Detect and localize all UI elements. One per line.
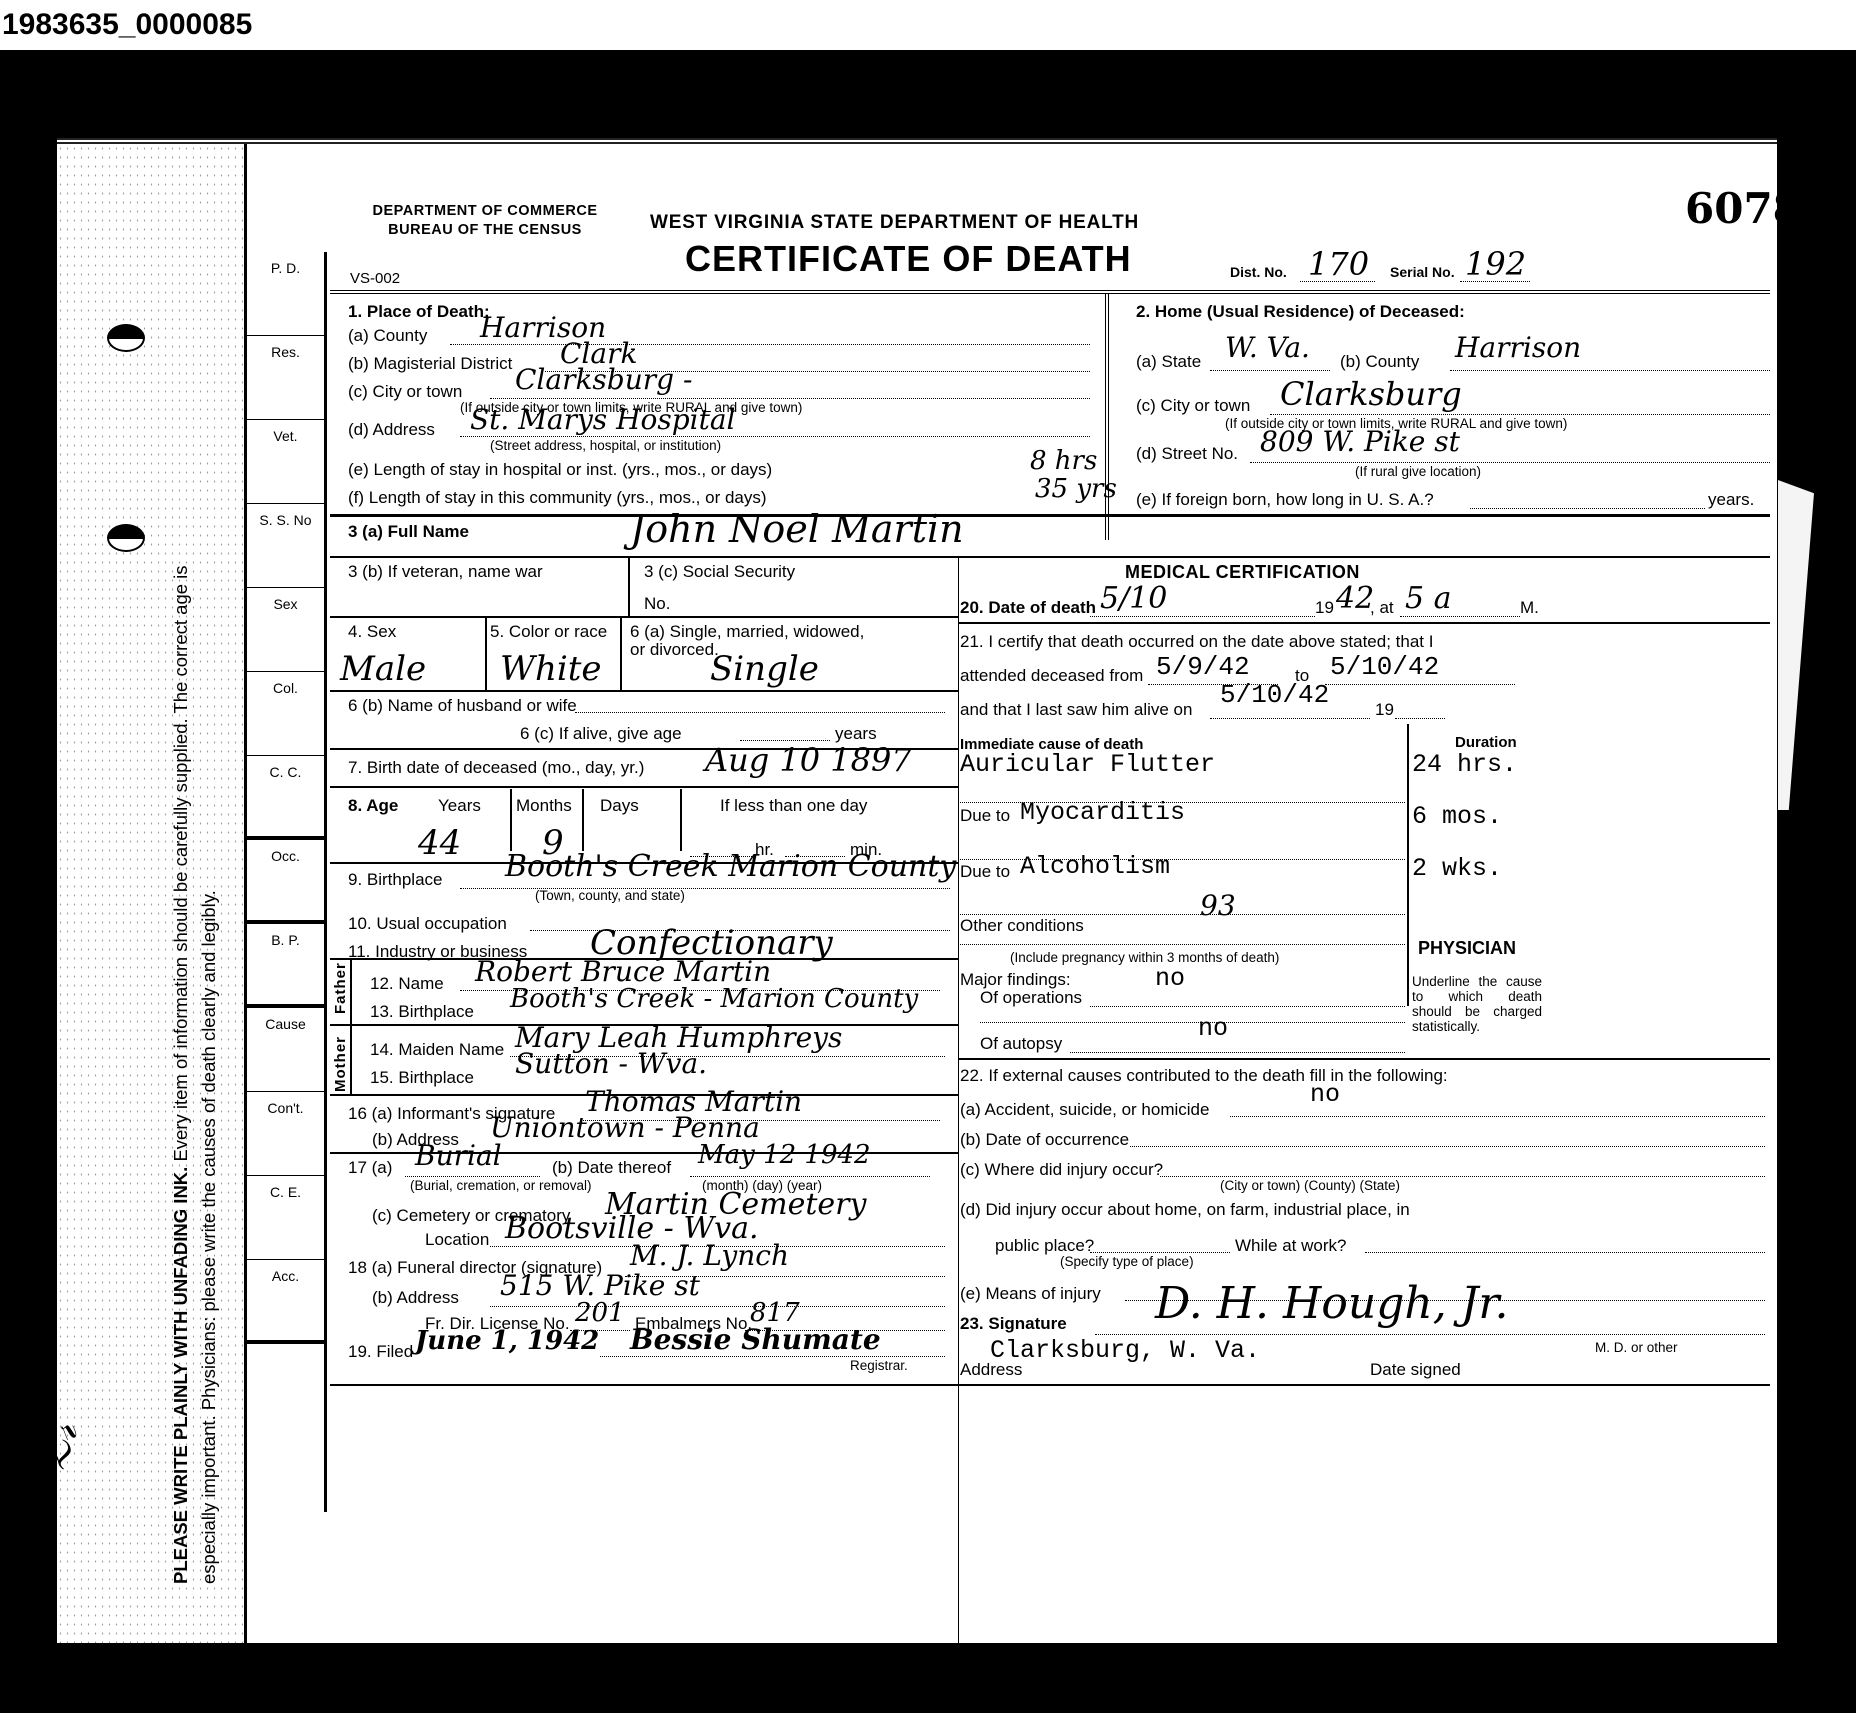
at-label: , at	[1370, 598, 1394, 618]
cause-2-duration: 6 mos.	[1412, 804, 1502, 829]
birthplace-value: Booth's Creek Marion County	[505, 852, 956, 882]
filed-label: 19. Filed	[348, 1342, 413, 1362]
dist-number: 170	[1308, 248, 1369, 280]
public-place-label: public place?	[995, 1236, 1094, 1256]
left-stub: PLEASE WRITE PLAINLY WITH UNFADING INK. …	[57, 144, 247, 1643]
certify-statement: 21. I certify that death occurred on the…	[960, 632, 1433, 652]
physician-heading: PHYSICIAN	[1418, 938, 1516, 959]
marital-value: Single	[710, 652, 819, 686]
stay-hospital-label: (e) Length of stay in hospital or inst. …	[348, 460, 772, 480]
dept-header: DEPARTMENT OF COMMERCE BUREAU OF THE CEN…	[360, 202, 610, 240]
home-street-label: (d) Street No.	[1136, 444, 1238, 464]
specify-note: (Specify type of place)	[1060, 1254, 1194, 1269]
mother-tag: Mother	[332, 1036, 349, 1092]
cause-1-value: Auricular Flutter	[960, 752, 1215, 777]
director-address-value: 515 W. Pike st	[500, 1272, 700, 1300]
age-label: 8. Age	[348, 796, 398, 815]
father-name-value: Robert Bruce Martin	[475, 958, 771, 986]
code-cell: S. S. No	[247, 504, 324, 588]
death-year-prefix: 19	[1315, 598, 1334, 618]
punch-hole-icon	[107, 524, 145, 552]
location-label: Location	[425, 1230, 489, 1250]
certificate-number: 6078	[1685, 184, 1802, 233]
mother-name-label: 14. Maiden Name	[370, 1040, 504, 1060]
where-note: (City or town) (County) (State)	[1220, 1178, 1400, 1193]
code-cell: P. D.	[247, 252, 324, 336]
death-certificate: PLEASE WRITE PLAINLY WITH UNFADING INK. …	[57, 138, 1777, 1643]
md-label: M. D. or other	[1595, 1340, 1678, 1355]
duration-label: Duration	[1455, 734, 1517, 751]
stay-community-value: 35 yrs	[1035, 476, 1117, 502]
age-days-label: Days	[600, 796, 639, 816]
death-city-value: Clarksburg -	[515, 366, 692, 394]
death-date-value: 5/10	[1100, 584, 1167, 614]
code-cell: Res.	[247, 336, 324, 420]
code-cell: B. P.	[247, 924, 324, 1008]
last-seen-label: and that I last saw him alive on	[960, 700, 1192, 720]
race-label: 5. Color or race	[490, 622, 607, 642]
serial-label: Serial No.	[1390, 264, 1455, 280]
code-cell: Acc.	[247, 1260, 324, 1344]
punch-hole-icon	[107, 324, 145, 352]
city-label: (c) City or town	[348, 382, 462, 402]
operations-label: Of operations	[980, 988, 1082, 1008]
burial-type-label: 17 (a)	[348, 1158, 392, 1178]
burial-type-note: (Burial, cremation, or removal)	[410, 1178, 592, 1193]
place-of-death-heading: 1. Place of Death:	[348, 302, 490, 322]
home-heading: 2. Home (Usual Residence) of Deceased:	[1136, 302, 1465, 322]
address-note: (Street address, hospital, or institutio…	[490, 438, 721, 453]
death-date-label: 20. Date of death	[960, 598, 1096, 618]
home-county-label: (b) County	[1340, 352, 1419, 372]
county-label: (a) County	[348, 326, 427, 346]
funeral-director-value: M. J. Lynch	[630, 1242, 789, 1270]
age-years-value: 44	[418, 826, 461, 860]
home-city-value: Clarksburg	[1280, 378, 1462, 410]
full-name-value: John Noel Martin	[630, 510, 964, 548]
birthplace-label: 9. Birthplace	[348, 870, 443, 890]
accident-value: no	[1310, 1082, 1340, 1107]
mother-birthplace-value: Sutton - Wva.	[515, 1050, 707, 1078]
death-year-value: 42	[1336, 584, 1374, 614]
due-to-label: Due to	[960, 806, 1010, 826]
occupation-label: 10. Usual occupation	[348, 914, 507, 934]
dept-line-1: DEPARTMENT OF COMMERCE	[360, 202, 610, 221]
ssn-label: 3 (c) Social Security	[644, 562, 795, 582]
father-birthplace-value: Booth's Creek - Marion County	[510, 986, 918, 1012]
physician-signature-value: D. H. Hough, Jr.	[1155, 1282, 1509, 1326]
code-cell: Con't.	[247, 1092, 324, 1176]
death-time-value: 5 a	[1405, 584, 1452, 614]
dist-label: Dist. No.	[1230, 264, 1287, 280]
code-column: P. D. Res. Vet. S. S. No Sex Col. C. C. …	[247, 252, 327, 1512]
stub-instruction-1: Every item of information should be care…	[170, 565, 191, 1166]
mother-birthplace-label: 15. Birthplace	[370, 1068, 474, 1088]
home-state-value: W. Va.	[1225, 334, 1310, 362]
occurrence-label: (b) Date of occurrence	[960, 1130, 1129, 1150]
birthplace-note: (Town, county, and state)	[535, 888, 685, 903]
marital-label: 6 (a) Single, married, widowed,	[630, 622, 864, 642]
cause-3-duration: 2 wks.	[1412, 856, 1502, 881]
code-cell: C. E.	[247, 1176, 324, 1260]
stay-hospital-value: 8 hrs	[1030, 448, 1097, 474]
foreign-born-label: (e) If foreign born, how long in U. S. A…	[1136, 490, 1434, 510]
code-cell: Col.	[247, 672, 324, 756]
age-months-label: Months	[516, 796, 572, 816]
dept-line-2: BUREAU OF THE CENSUS	[360, 221, 610, 240]
form-body: DEPARTMENT OF COMMERCE BUREAU OF THE CEN…	[330, 144, 1777, 1643]
document-id: 1983635_0000085	[0, 0, 252, 50]
agency-name: WEST VIRGINIA STATE DEPARTMENT OF HEALTH	[650, 212, 1139, 234]
birth-date-value: Aug 10 1897	[705, 744, 912, 776]
nineteen-label: 19	[1375, 700, 1394, 720]
home-city-label: (c) City or town	[1136, 396, 1250, 416]
am-pm-suffix: M.	[1520, 598, 1539, 618]
full-name-label: 3 (a) Full Name	[348, 522, 469, 542]
last-seen-value: 5/10/42	[1220, 682, 1329, 708]
cause-1-duration: 24 hrs.	[1412, 752, 1517, 777]
major-findings-label: Major findings:	[960, 970, 1071, 990]
less-than-day-label: If less than one day	[720, 796, 867, 816]
address-label: (d) Address	[348, 420, 435, 440]
sex-label: 4. Sex	[348, 622, 396, 642]
marital-label-2: or divorced.	[630, 640, 719, 660]
autopsy-label: Of autopsy	[980, 1034, 1062, 1054]
stub-instruction-bold: PLEASE WRITE PLAINLY WITH UNFADING INK.	[170, 1167, 191, 1584]
code-cell: Vet.	[247, 420, 324, 504]
date-signed-label: Date signed	[1370, 1360, 1461, 1380]
home-street-value: 809 W. Pike st	[1260, 428, 1460, 456]
father-name-label: 12. Name	[370, 974, 444, 994]
code-cell: Cause	[247, 1008, 324, 1092]
form-number: VS-002	[350, 270, 400, 287]
page-title: CERTIFICATE OF DEATH	[685, 238, 1132, 280]
serial-number: 192	[1465, 248, 1526, 280]
operations-value: no	[1155, 966, 1185, 991]
filed-date-value: June 1, 1942	[415, 1328, 599, 1354]
death-address-value: St. Marys Hospital	[470, 406, 736, 434]
means-label: (e) Means of injury	[960, 1284, 1101, 1304]
stay-community-label: (f) Length of stay in this community (yr…	[348, 488, 767, 508]
attended-to-value: 5/10/42	[1330, 654, 1439, 680]
home-street-note: (If rural give location)	[1355, 464, 1481, 479]
ssn-no-label: No.	[644, 594, 670, 614]
burial-type-value: Burial	[415, 1142, 502, 1170]
where-label: (c) Where did injury occur?	[960, 1160, 1163, 1180]
accident-label: (a) Accident, suicide, or homicide	[960, 1100, 1209, 1120]
autopsy-value: no	[1198, 1016, 1228, 1041]
registrar-signature: Bessie Shumate	[630, 1326, 881, 1354]
cause-3-value: Alcoholism	[1020, 854, 1170, 879]
attended-from-value: 5/9/42	[1156, 654, 1250, 680]
physician-note: Underline the cause to which death shoul…	[1412, 974, 1542, 1034]
father-tag: Father	[332, 962, 349, 1014]
other-conditions-mark: 93	[1200, 892, 1236, 920]
home-county-value: Harrison	[1455, 334, 1581, 362]
birth-date-label: 7. Birth date of deceased (mo., day, yr.…	[348, 758, 644, 778]
external-causes-heading: 22. If external causes contributed to th…	[960, 1066, 1448, 1086]
registrar-label: Registrar.	[850, 1358, 908, 1373]
race-value: White	[500, 652, 602, 686]
burial-date-value: May 12 1942	[698, 1142, 871, 1168]
due-to-label: Due to	[960, 862, 1010, 882]
father-birthplace-label: 13. Birthplace	[370, 1002, 474, 1022]
burial-date-label: (b) Date thereof	[552, 1158, 671, 1178]
attended-from-label: attended deceased from	[960, 666, 1143, 686]
sex-value: Male	[340, 652, 426, 686]
physician-signature-label: 23. Signature	[960, 1314, 1067, 1334]
license-value: 201	[575, 1300, 625, 1326]
age-years-label: Years	[438, 796, 481, 816]
other-conditions-label: Other conditions	[960, 916, 1084, 936]
place-label: (d) Did injury occur about home, on farm…	[960, 1200, 1410, 1220]
home-state-label: (a) State	[1136, 352, 1201, 372]
pregnancy-note: (Include pregnancy within 3 months of de…	[1010, 950, 1279, 965]
informant-address-value: Uniontown - Penna	[490, 1114, 760, 1142]
code-cell: C. C.	[247, 756, 324, 840]
spouse-age-label: 6 (c) If alive, give age	[520, 724, 682, 744]
code-cell: Sex	[247, 588, 324, 672]
physician-address-value: Clarksburg, W. Va.	[990, 1338, 1260, 1363]
district-label: (b) Magisterial District	[348, 354, 512, 374]
code-cell: Occ.	[247, 840, 324, 924]
cause-2-value: Myocarditis	[1020, 800, 1185, 825]
director-address-label: (b) Address	[372, 1288, 459, 1308]
while-at-work-label: While at work?	[1235, 1236, 1346, 1256]
spouse-label: 6 (b) Name of husband or wife	[348, 696, 577, 716]
years-suffix: years.	[1708, 490, 1754, 510]
medical-certification-heading: MEDICAL CERTIFICATION	[1125, 562, 1360, 583]
veteran-label: 3 (b) If veteran, name war	[348, 562, 543, 582]
